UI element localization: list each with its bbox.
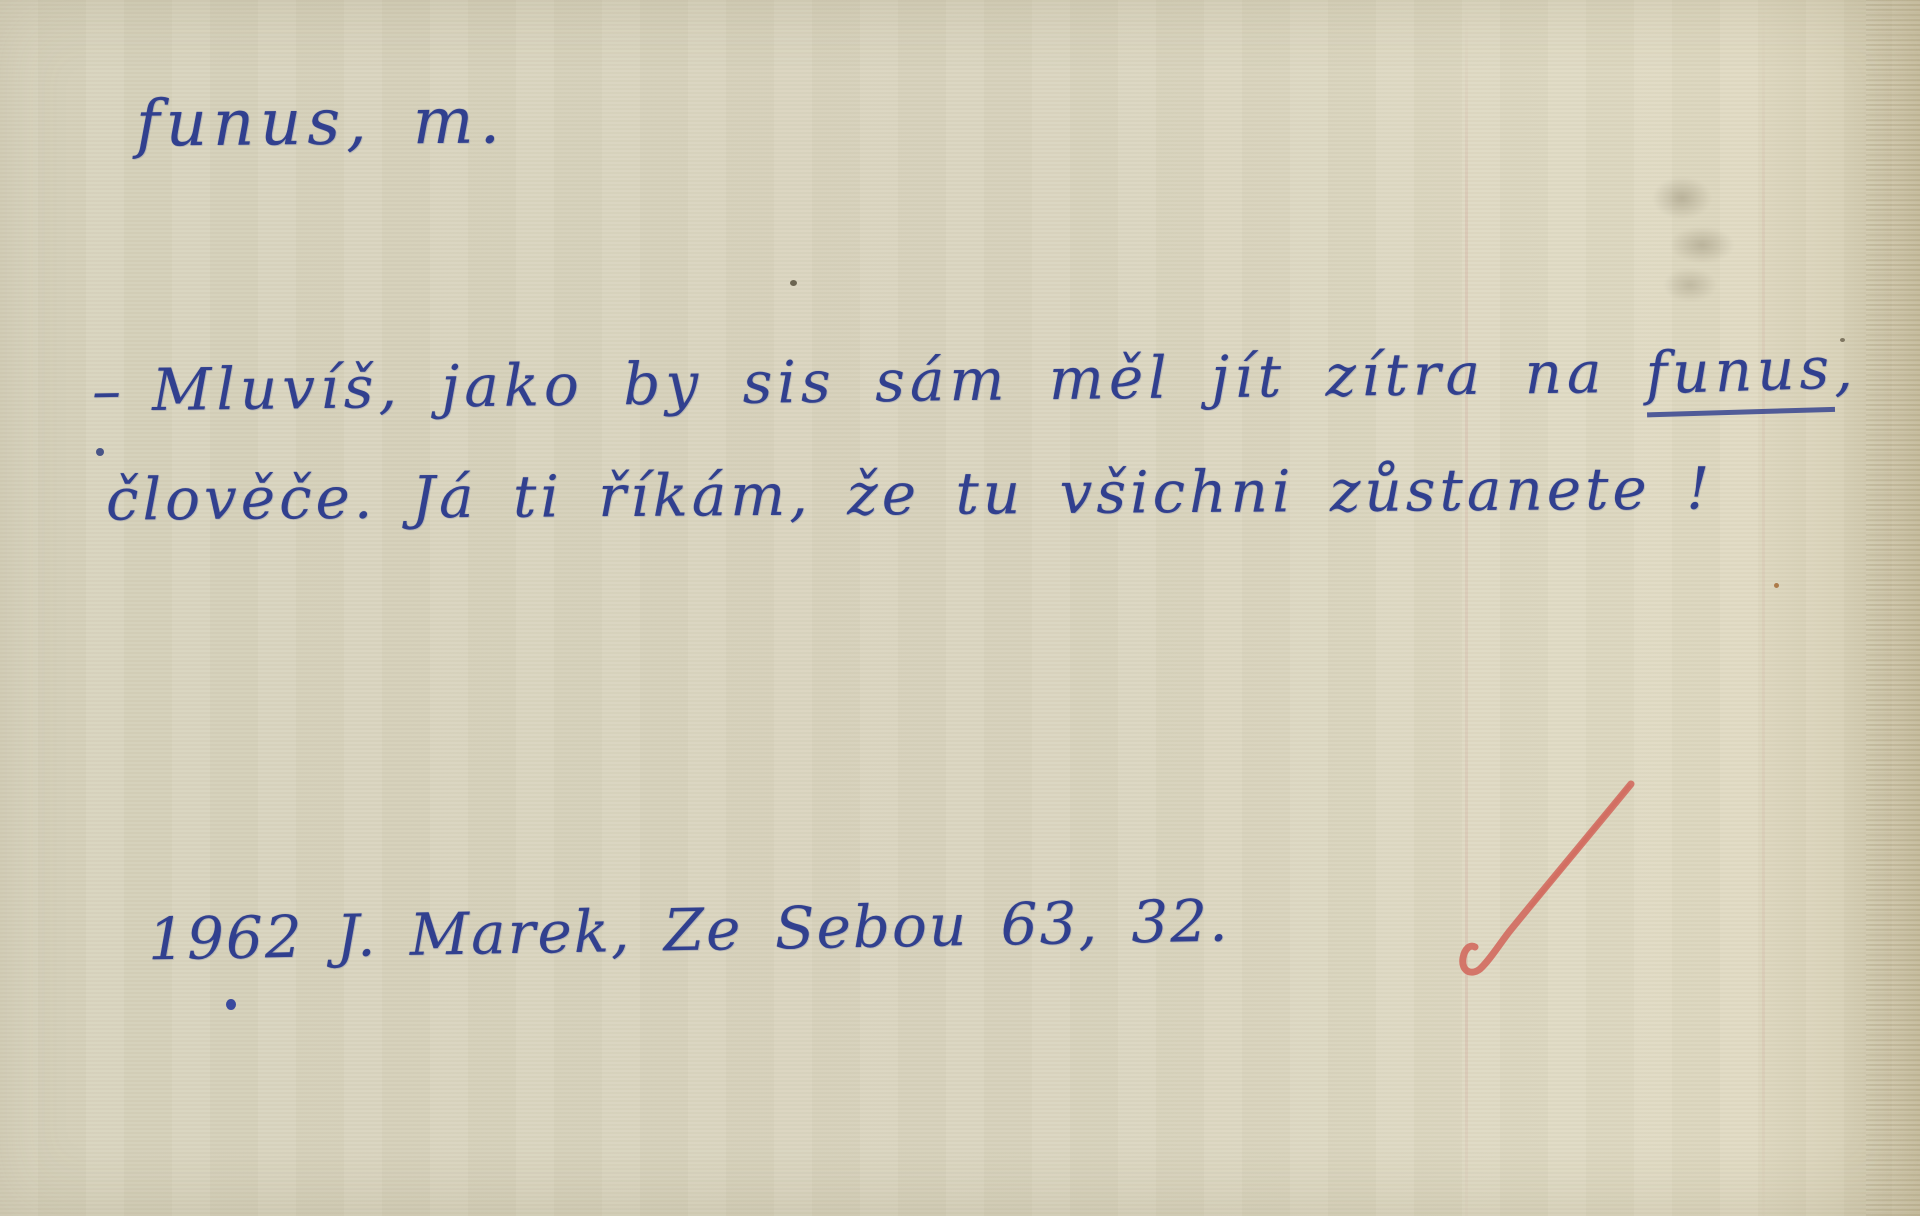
index-card: funus, m. –Mluvíš, jako by sis sám měl j… — [0, 0, 1920, 1216]
paper-speck — [1774, 583, 1779, 588]
ink-speck — [226, 999, 236, 1010]
paper-speck — [1840, 338, 1845, 342]
smudge-stain — [1640, 150, 1770, 315]
headword: funus, m. — [136, 84, 507, 161]
paper-crease-line — [1465, 0, 1468, 1216]
quote-underlined-word: funus — [1645, 334, 1836, 418]
paper-right-edge — [1866, 0, 1920, 1216]
quote-line1-text: Mluvíš, jako by sis sám měl jít zítra na — [152, 338, 1647, 424]
paper-speck — [790, 280, 797, 286]
quote-line1-comma: , — [1834, 335, 1858, 403]
red-checkmark-icon — [1443, 772, 1648, 1007]
ink-speck — [96, 448, 104, 456]
quote-line-1: –Mluvíš, jako by sis sám měl jít zítra n… — [92, 335, 1859, 435]
quote-dash: – — [92, 356, 127, 424]
citation: 1962 J. Marek, Ze Sebou 63, 32. — [147, 887, 1230, 974]
quote-line-2: člověče. Já ti říkám, že tu všichni zůst… — [106, 454, 1714, 533]
